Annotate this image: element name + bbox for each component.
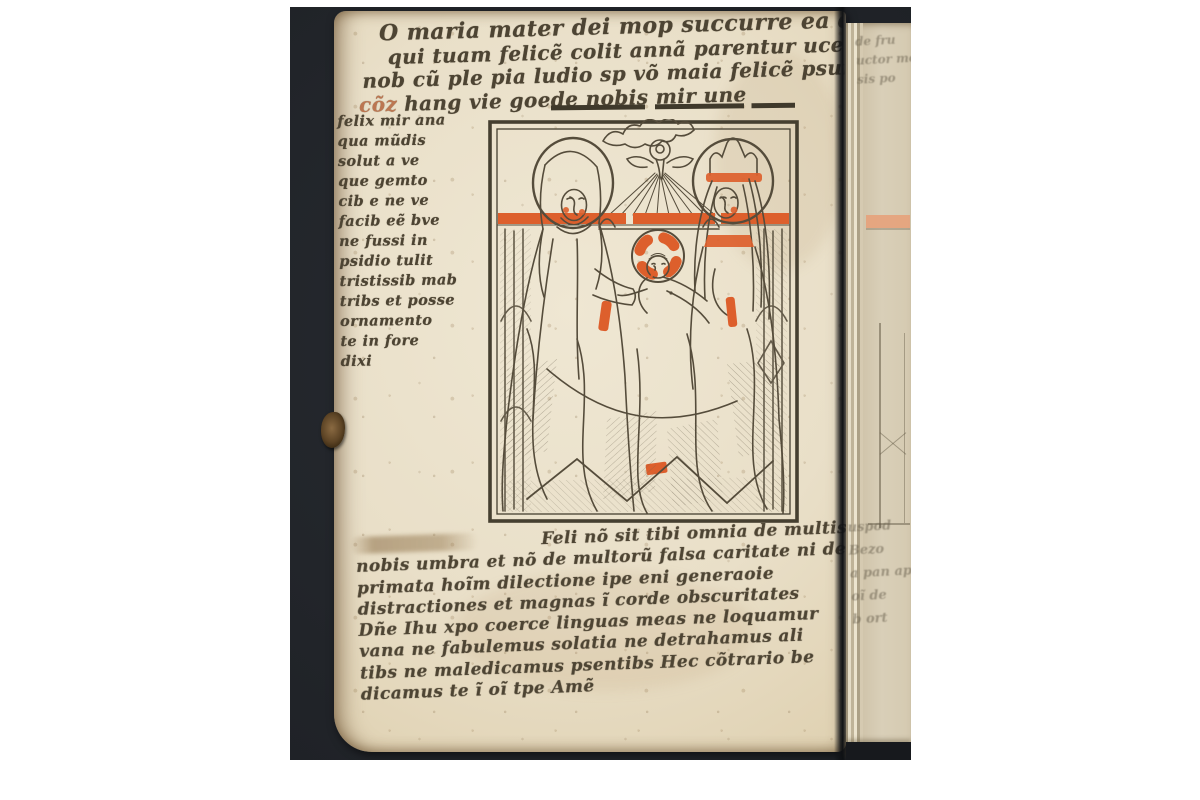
page-fore-edge-lines xyxy=(846,23,863,760)
screenshot-canvas: O maria mater dei mop succurre ea de fen… xyxy=(0,0,1200,800)
ghost-woodcut-frame-line xyxy=(879,323,881,528)
right-page-edge: de fru uctor moz sis po uspod Bezo a pan… xyxy=(846,23,911,760)
handwritten-line: ne fussi in xyxy=(339,230,489,252)
top-prayer-text: O maria mater dei mop succurre ea de fen… xyxy=(373,9,845,116)
ghost-woodcut-orange-bar xyxy=(866,215,910,228)
handwritten-line: te in fore xyxy=(340,330,490,352)
handwritten-line: qua mũdis xyxy=(337,130,487,152)
ghost-line: sis po xyxy=(857,67,911,90)
handwritten-line: psidio tulit xyxy=(339,250,489,272)
woodcut-anna-selbdritt xyxy=(487,119,800,524)
ghost-line: oĩ de xyxy=(851,582,911,608)
bottom-prayer-text: Feli nõ sit tibi omnia de multis de nobi… xyxy=(355,518,849,706)
ghost-line: uctor moz xyxy=(856,48,911,71)
drapery-folds xyxy=(501,329,787,513)
left-page: O maria mater dei mop succurre ea de fen… xyxy=(334,11,846,752)
ghost-line: uspod xyxy=(847,513,910,539)
ghost-line: a pan ap xyxy=(849,559,911,585)
ghost-line: Bezo xyxy=(848,536,911,562)
binding-knot xyxy=(321,412,345,448)
handwritten-line: ornamento xyxy=(340,310,490,332)
manuscript-photo: O maria mater dei mop succurre ea de fen… xyxy=(290,7,911,760)
ghost-line: b ort xyxy=(852,605,911,631)
handwritten-line: tristissib mab xyxy=(339,270,489,292)
handwritten-line: felix mir ana xyxy=(337,110,487,132)
right-page-ghost-text-bottom: uspod Bezo a pan ap oĩ de b ort xyxy=(847,513,911,631)
handwritten-line: facib eẽ bve xyxy=(339,210,489,232)
handwritten-line: solut a ve xyxy=(338,150,488,172)
ghost-woodcut-frame-line xyxy=(904,333,905,523)
handwritten-line: tribs et posse xyxy=(340,290,490,312)
margin-gloss-text: felix mir ana qua mũdis solut a ve que g… xyxy=(337,110,491,372)
handwritten-line: dixi xyxy=(341,350,491,372)
handwritten-line: que gemto xyxy=(338,170,488,192)
book-cover-edge xyxy=(846,742,911,760)
right-page-ghost-text-top: de fru uctor moz sis po xyxy=(855,29,911,89)
handwritten-line: cib e ne ve xyxy=(338,190,488,212)
